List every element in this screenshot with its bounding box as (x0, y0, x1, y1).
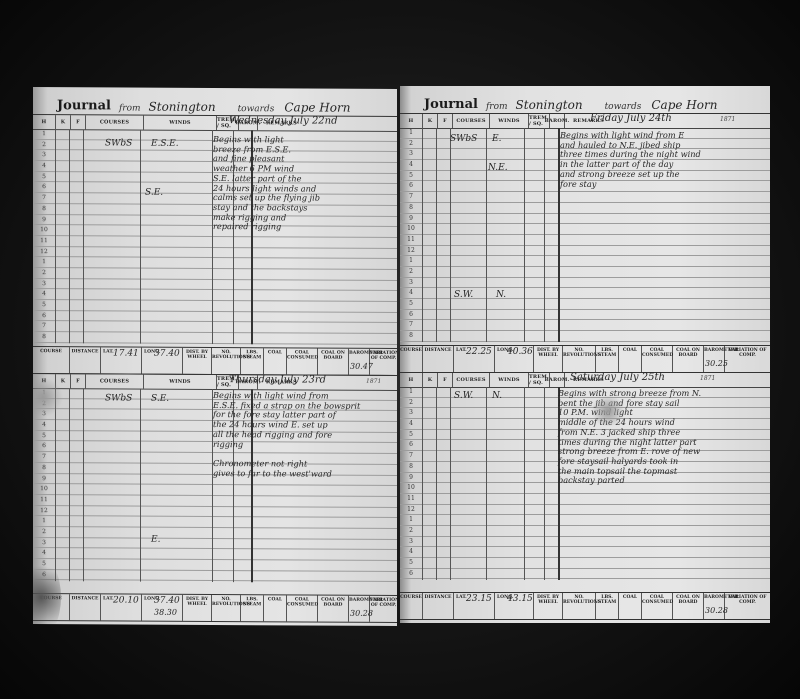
journal-heading: Journal (424, 97, 478, 112)
footer-coal-consumed-label: Coal Consumed (287, 350, 317, 360)
hour-number: 8 (400, 331, 423, 341)
right-bottom-section: H K F Courses Winds Trem. / Sq. Barom. R… (400, 372, 770, 592)
entry-year: 1871 (366, 378, 381, 385)
hour-row: 10 (400, 224, 770, 235)
hour-number: 12 (400, 505, 423, 515)
footer-coal-board-label: Coal on Board (673, 348, 703, 358)
footer-coal-board-label: Coal on Board (673, 595, 703, 605)
column-rule (450, 128, 451, 342)
entry-date: Friday July 24th (590, 114, 672, 124)
footer-distance-label: Distance (423, 595, 453, 600)
entry-year: 1871 (700, 375, 715, 382)
column-rule (436, 387, 437, 580)
voyage-from: Stonington (516, 98, 583, 112)
hour-number: 9 (400, 473, 423, 483)
hour-row: 1 (400, 256, 770, 267)
hour-row: 6 (400, 310, 770, 321)
hour-number: 4 (400, 547, 423, 557)
hour-number: 5 (400, 558, 423, 568)
course-entry: S.W. (454, 391, 473, 401)
footer-course-label: Course (400, 595, 422, 600)
entry-date: Thursday July 23rd (229, 375, 326, 386)
column-rule (55, 129, 56, 343)
hour-number: 11 (33, 495, 56, 505)
column-rule (486, 128, 487, 342)
hour-number: 3 (400, 537, 423, 547)
wind-entry: N.E. (488, 163, 508, 173)
column-rule (69, 129, 70, 343)
hour-number: 10 (400, 224, 423, 234)
hour-number: 11 (33, 236, 56, 246)
col-f: F (438, 373, 453, 387)
hour-number: 5 (33, 172, 56, 182)
hour-number: 1 (33, 257, 56, 267)
footer-variation-label: Variation of Comp. (370, 351, 397, 361)
hour-number: 6 (33, 182, 56, 192)
column-rule (436, 128, 437, 342)
column-rule (55, 388, 56, 581)
hour-number: 5 (33, 300, 56, 310)
column-rule (83, 129, 84, 343)
left-top-footer: Course Distance Lat.17.41 Long.37.40 Dis… (33, 346, 397, 376)
right-log-page: Journal from Stonington towards Cape Hor… (400, 86, 770, 623)
hour-row: 4 (400, 547, 770, 558)
hour-number: 4 (33, 548, 56, 558)
col-winds: Winds (144, 375, 217, 389)
col-k: K (56, 115, 71, 129)
col-f: F (71, 374, 86, 388)
hour-number: 10 (33, 484, 56, 494)
wind-entry: E. (151, 535, 160, 545)
col-h: H (400, 114, 423, 128)
hour-number: 7 (400, 451, 423, 461)
hour-number: 5 (33, 431, 56, 441)
hour-number: 3 (400, 278, 423, 288)
hour-number: 7 (400, 192, 423, 202)
hour-number: 6 (33, 441, 56, 451)
column-rule (524, 128, 525, 342)
footer-steam-label: Lbs. Steam (241, 350, 263, 360)
longitude-value: 43.15 (507, 594, 533, 604)
entry-date: Saturday July 25th (570, 373, 665, 383)
hour-number: 11 (400, 235, 423, 245)
footer-variation-label: Variation of Comp. (725, 595, 770, 605)
latitude-value: 22.25 (466, 347, 492, 357)
remarks-text: Begins with strong breeze from N. bent t… (558, 389, 701, 486)
footer-distance-label: Distance (70, 596, 100, 601)
hour-number: 7 (400, 320, 423, 330)
left-log-page: Journal from Stonington towards Cape Hor… (33, 87, 397, 626)
hour-row: 8 (400, 203, 770, 214)
course-entry: SWbS (105, 138, 132, 148)
footer-coal-label: Coal (264, 350, 286, 355)
column-rule (544, 128, 545, 342)
hour-number: 2 (400, 526, 423, 536)
footer-distance-label: Distance (70, 349, 100, 354)
hour-number: 3 (400, 149, 423, 159)
footer-course-label: Course (400, 348, 422, 353)
footer-coal-label: Coal (619, 348, 641, 353)
column-rule (140, 389, 141, 582)
hour-number: 4 (33, 161, 56, 171)
hour-number: 7 (33, 321, 56, 331)
remarks-text: Begins with light wind from E and hauled… (560, 131, 701, 189)
hour-number: 2 (33, 268, 56, 278)
hour-number: 4 (400, 419, 423, 429)
column-header-row: H K F Courses Winds Trem. / Sq. Barom. R… (400, 113, 770, 129)
footer-barometer-label: Barometer (704, 595, 724, 600)
voyage-from: Stonington (149, 100, 216, 114)
hour-number: 8 (33, 332, 56, 342)
hour-number: 1 (33, 516, 56, 526)
hour-number: 2 (33, 527, 56, 537)
footer-coal-consumed-label: Coal Consumed (287, 597, 317, 607)
hour-number: 3 (400, 408, 423, 418)
latitude-value: 23.15 (466, 594, 492, 604)
latitude-value: 20.10 (113, 595, 139, 605)
wind-entry: S.E. (145, 188, 163, 198)
hour-number: 5 (400, 171, 423, 181)
col-winds: Winds (490, 373, 529, 387)
from-label: from (119, 103, 141, 113)
col-f: F (71, 115, 86, 129)
longitude-value: 40.36 (507, 347, 533, 357)
footer-revolutions-label: No. Revolutions (212, 350, 240, 360)
col-winds: Winds (490, 114, 529, 128)
footer-wheel-label: Dist. by Wheel (534, 595, 562, 605)
col-courses: Courses (86, 115, 144, 129)
hour-row: 7 (400, 320, 770, 331)
remarks-text: Begins with light wind from E.S.E. fixed… (213, 391, 360, 479)
hour-number: 1 (400, 256, 423, 266)
hour-row: 1 (400, 515, 770, 526)
hour-number: 1 (400, 128, 423, 138)
left-page-title: Journal from Stonington towards Cape Hor… (33, 87, 397, 115)
hour-number: 8 (400, 462, 423, 472)
hour-number: 8 (400, 203, 423, 213)
hour-row: 3 (400, 278, 770, 289)
footer-barometer-label: Barometer (349, 598, 369, 603)
column-rule (524, 387, 525, 580)
hour-row: 11 (400, 235, 770, 246)
hour-number: 6 (400, 569, 423, 579)
col-courses: Courses (453, 114, 490, 128)
column-rule (450, 387, 451, 580)
right-top-footer: Course Distance Lat.22.25 Long.40.36 Dis… (400, 345, 770, 373)
hour-row: 6 (400, 569, 770, 580)
hour-number: 1 (400, 515, 423, 525)
hour-number: 5 (400, 430, 423, 440)
remarks-text: Begins with light breeze from E.S.E. and… (213, 135, 320, 233)
hour-number: 4 (400, 160, 423, 170)
hour-number: 10 (33, 225, 56, 235)
footer-wheel-label: Dist. by Wheel (183, 350, 211, 360)
footer-steam-label: Lbs. Steam (596, 595, 618, 605)
column-rule (486, 387, 487, 580)
footer-wheel-label: Dist. by Wheel (534, 348, 562, 358)
hour-row: 12 (400, 505, 770, 516)
hour-number: 9 (33, 474, 56, 484)
footer-coal-board-label: Coal on Board (318, 351, 348, 361)
from-label: from (486, 102, 508, 112)
journal-heading: Journal (57, 98, 111, 113)
column-rule (140, 130, 141, 344)
footer-barometer-label: Barometer (349, 351, 369, 356)
footer-course-label: Course (33, 349, 69, 354)
hour-number: 12 (33, 506, 56, 516)
wind-entry: E. (492, 134, 501, 144)
hour-number: 8 (33, 204, 56, 214)
course-entry: SWbS (450, 134, 477, 144)
hour-row: 2 (400, 267, 770, 278)
entry-year: 1871 (720, 116, 735, 123)
hour-number: 11 (400, 494, 423, 504)
hour-number: 1 (33, 129, 56, 139)
hour-number: 6 (33, 311, 56, 321)
footer-steam-label: Lbs. Steam (596, 348, 618, 358)
footer-steam-label: Lbs. Steam (241, 597, 263, 607)
footer-coal-board-label: Coal on Board (318, 598, 348, 608)
hour-number: 1 (400, 387, 423, 397)
right-page-title: Journal from Stonington towards Cape Hor… (400, 86, 770, 112)
hour-number: 6 (400, 181, 423, 191)
col-courses: Courses (86, 374, 144, 388)
hour-number: 10 (400, 483, 423, 493)
paper-stain (590, 396, 626, 426)
hour-row: 9 (400, 214, 770, 225)
hour-row: 5 (400, 558, 770, 569)
hour-number: 7 (33, 452, 56, 462)
hour-number: 12 (33, 247, 56, 257)
col-winds: Winds (144, 116, 217, 130)
footer-barometer-label: Barometer (704, 348, 724, 353)
right-bottom-footer: Course Distance Lat.23.15 Long.43.15 Dis… (400, 592, 770, 620)
hour-number: 6 (400, 310, 423, 320)
column-rule (422, 387, 423, 580)
hour-number: 4 (33, 420, 56, 430)
hour-number: 2 (400, 398, 423, 408)
hour-row: 8 (400, 331, 770, 342)
wind-entry: N. (496, 290, 506, 300)
longitude-value: 37.40 (154, 596, 180, 606)
footer-revolutions-label: No. Revolutions (563, 595, 595, 605)
hour-row: 7 (400, 192, 770, 203)
col-barom: Barom. (550, 114, 565, 128)
longitude-corrected-value: 38.30 (154, 608, 177, 617)
hour-number: 12 (400, 246, 423, 256)
col-k: K (423, 373, 438, 387)
hour-number: 7 (33, 193, 56, 203)
hour-number: 8 (33, 463, 56, 473)
wind-entry: E.S.E. (151, 139, 179, 149)
hour-number: 9 (400, 214, 423, 224)
entry-date: Wednesday July 22nd (229, 116, 338, 127)
col-h: H (33, 115, 56, 129)
hour-row: 8 (33, 332, 397, 345)
wind-entry: S.E. (151, 394, 169, 404)
hour-number: 6 (400, 440, 423, 450)
hour-number: 3 (33, 279, 56, 289)
hour-number: 3 (33, 538, 56, 548)
course-entry: SWbS (105, 393, 132, 403)
footer-distance-label: Distance (423, 348, 453, 353)
hour-number: 2 (400, 139, 423, 149)
left-bottom-footer: Course Distance Lat.20.10 Long.37.4038.3… (33, 593, 397, 623)
hour-row: 6 (33, 570, 397, 583)
hour-number: 4 (400, 288, 423, 298)
footer-coal-label: Coal (619, 595, 641, 600)
voyage-towards: Cape Horn (284, 100, 350, 114)
hour-row: 11 (400, 494, 770, 505)
footer-coal-consumed-label: Coal Consumed (642, 595, 672, 605)
col-h: H (400, 373, 423, 387)
right-top-section: H K F Courses Winds Trem. / Sq. Barom. R… (400, 113, 770, 346)
hour-number: 9 (33, 215, 56, 225)
left-top-section: H K F Courses Winds Trem. / Sq. Barom. R… (33, 114, 397, 349)
hour-row: 2 (400, 526, 770, 537)
hour-row: 12 (400, 246, 770, 257)
hour-number: 2 (400, 267, 423, 277)
column-rule (83, 388, 84, 581)
wind-entry: N. (492, 391, 502, 401)
voyage-towards: Cape Horn (651, 98, 717, 112)
column-rule (544, 387, 545, 580)
course-entry: S.W. (454, 290, 473, 300)
col-barom: Barom. (550, 373, 565, 387)
col-k: K (423, 114, 438, 128)
footer-coal-label: Coal (264, 597, 286, 602)
col-f: F (438, 114, 453, 128)
column-rule (69, 388, 70, 581)
col-courses: Courses (453, 373, 490, 387)
column-rule (422, 128, 423, 342)
footer-coal-consumed-label: Coal Consumed (642, 348, 672, 358)
hour-number: 4 (33, 289, 56, 299)
footer-variation-label: Variation of Comp. (725, 348, 770, 358)
hour-row: 3 (400, 537, 770, 548)
footer-wheel-label: Dist. by Wheel (183, 597, 211, 607)
towards-label: towards (238, 104, 275, 114)
latitude-value: 17.41 (113, 348, 139, 358)
footer-variation-label: Variation of Comp. (370, 598, 397, 608)
longitude-value: 37.40 (154, 349, 180, 359)
hour-number: 2 (33, 140, 56, 150)
left-bottom-section: H K F Courses Winds Trem. / Sq. Barom. R… (33, 373, 397, 595)
towards-label: towards (605, 102, 642, 112)
footer-revolutions-label: No. Revolutions (563, 348, 595, 358)
footer-revolutions-label: No. Revolutions (212, 597, 240, 607)
hour-number: 5 (400, 299, 423, 309)
hour-number: 3 (33, 150, 56, 160)
hour-row: 5 (400, 299, 770, 310)
